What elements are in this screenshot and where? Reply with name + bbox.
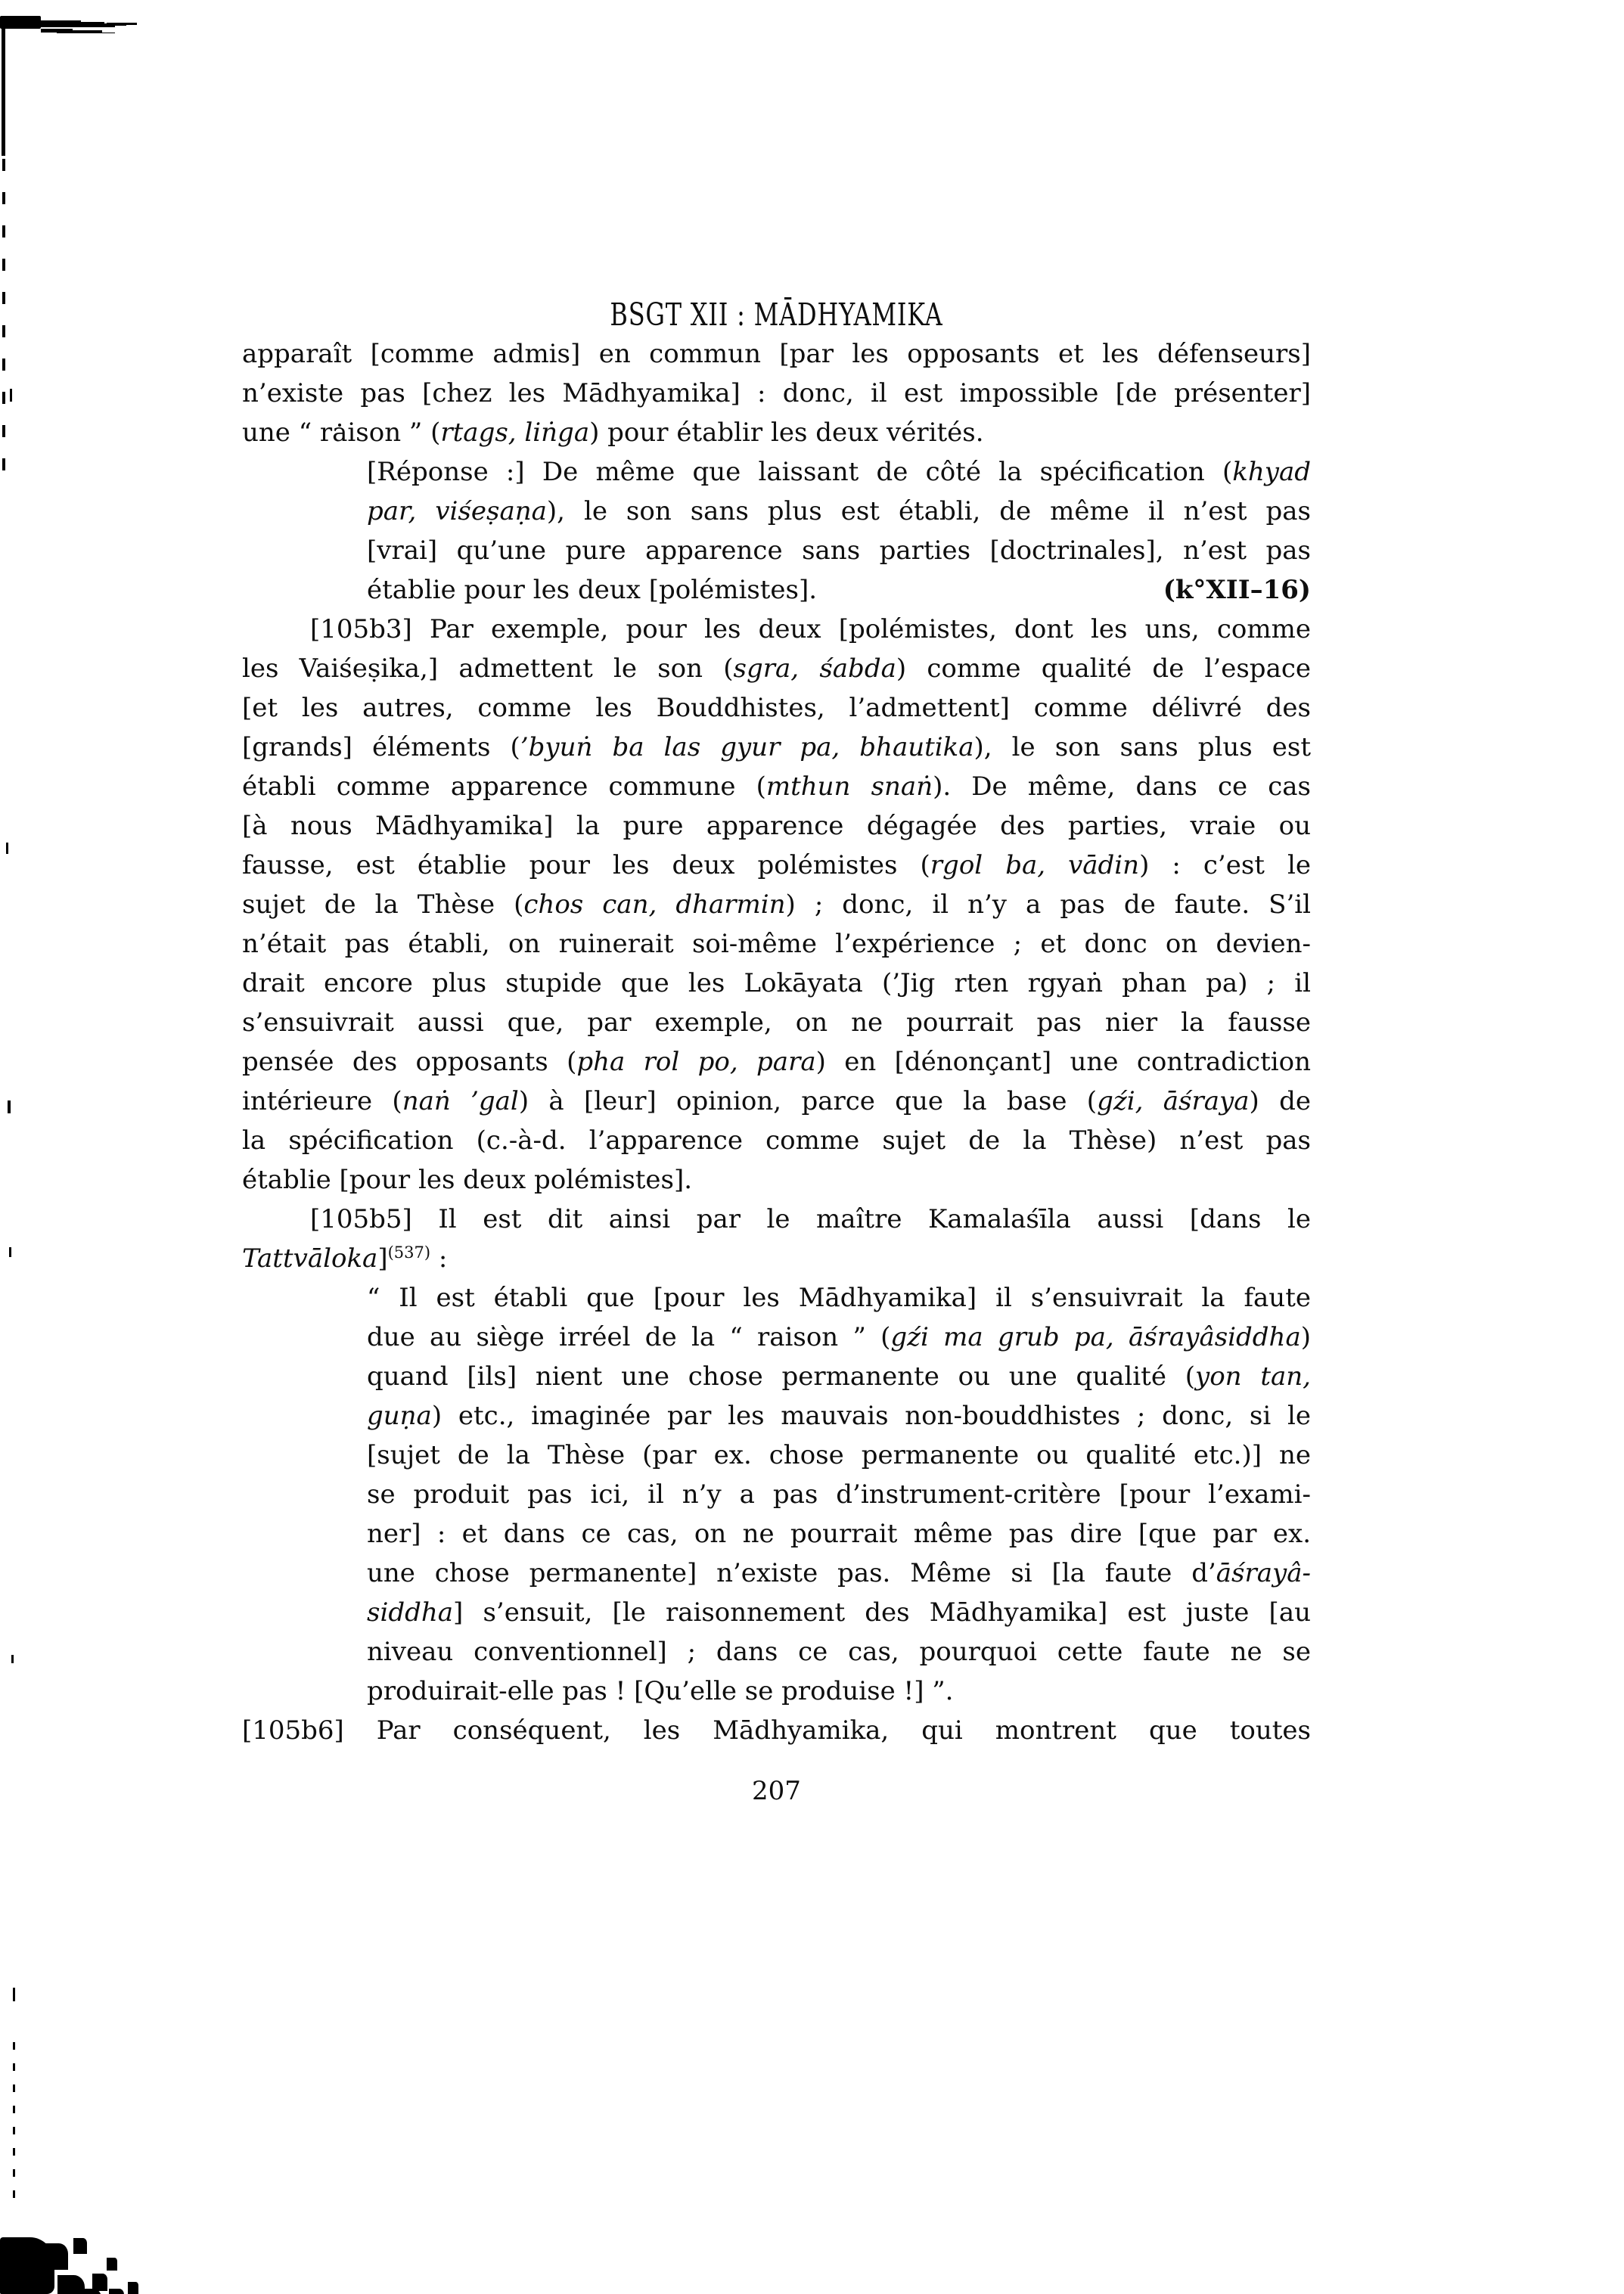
text-line: la spécification (c.-à-d. l’apparence co… — [242, 1121, 1311, 1160]
text-segment: [vrai] qu’une pure apparence sans partie… — [367, 535, 1311, 566]
text-segment: ) comme qualité de l’espace — [896, 653, 1311, 684]
ink-smudge-bottom-left — [0, 2237, 54, 2294]
text-segment: produirait-elle pas ! [Qu’elle se produi… — [367, 1676, 953, 1706]
text-line: pensée des opposants (pha rol po, para) … — [242, 1042, 1311, 1082]
text-line: Tattvāloka](537) : — [242, 1239, 1311, 1278]
text-segment: [grands] éléments ( — [242, 732, 520, 762]
text-segment: ) — [1301, 1322, 1311, 1352]
text-line: drait encore plus stupide que les Lokāya… — [242, 964, 1311, 1003]
italic-term: Tattvāloka — [242, 1243, 377, 1274]
italic-term: khyad — [1232, 457, 1311, 487]
italic-term: siddha — [367, 1597, 453, 1628]
text-line: établi comme apparence commune (mthun sn… — [242, 767, 1311, 806]
text-line: produirait-elle pas ! [Qu’elle se produi… — [367, 1672, 1311, 1711]
quote-closing-text: établie pour les deux [polémistes]. — [367, 570, 817, 610]
italic-term: mthun snaṅ — [766, 771, 933, 802]
italic-term: rtags, liṅga — [440, 418, 589, 448]
text-line: due au siège irréel de la “ raison ” (gź… — [367, 1318, 1311, 1357]
text-segment: ) ; donc, il n’y a pas de faute. S’il — [786, 889, 1312, 920]
italic-term: par, viśeṣaṇa — [367, 496, 547, 526]
paragraph: [105b6] Par conséquent, les Mādhyamika, … — [242, 1711, 1311, 1750]
text-segment: ) : c’est le — [1139, 850, 1311, 880]
text-segment: une “ raison ” ( — [242, 418, 440, 448]
text-line: les Vaiśeṣika,] admettent le son (sgra, … — [242, 649, 1311, 688]
italic-term: gźi ma grub pa, āśrayâsiddha — [890, 1322, 1300, 1352]
text-line: [sujet de la Thèse (par ex. chose perman… — [367, 1436, 1311, 1475]
text-segment: ) etc., imaginée par les mauvais non-bou… — [432, 1401, 1311, 1431]
text-line: sujet de la Thèse (chos can, dharmin) ; … — [242, 885, 1311, 924]
paragraph: [105b3] Par exemple, pour les deux [polé… — [242, 610, 1311, 1200]
page-number: 207 — [242, 1771, 1311, 1811]
binding-edge-line — [2, 16, 5, 156]
text-line: n’existe pas [chez les Mādhyamika] : don… — [242, 374, 1311, 413]
scan-artifact — [10, 389, 12, 402]
text-segment: quand [ils] nient une chose permanente o… — [367, 1361, 1195, 1392]
italic-term: gźi, āśraya — [1097, 1086, 1249, 1116]
text-segment: intérieure ( — [242, 1086, 402, 1116]
text-segment: s’ensuivrait aussi que, par exemple, on … — [242, 1007, 1311, 1038]
text-segment: ) de — [1249, 1086, 1311, 1116]
text-line: [105b3] Par exemple, pour les deux [polé… — [242, 610, 1311, 649]
scan-artifact — [11, 1655, 14, 1663]
text-segment: [105b5] Il est dit ainsi par le maître K… — [310, 1204, 1311, 1234]
text-segment: établie [pour les deux polémistes]. — [242, 1165, 692, 1195]
text-segment: établi comme apparence commune ( — [242, 771, 766, 802]
block-quote: [Réponse :] De même que laissant de côté… — [242, 452, 1311, 610]
italic-term: āśrayâ- — [1216, 1558, 1311, 1588]
text-segment: [Réponse :] De même que laissant de côté… — [367, 457, 1232, 487]
italic-term: chos can, dharmin — [523, 889, 785, 920]
text-segment: [et les autres, comme les Bouddhistes, l… — [242, 693, 1311, 723]
text-segment: niveau conventionnel] ; dans ce cas, pou… — [367, 1637, 1311, 1667]
text-line: ner] : et dans ce cas, on ne pourrait mê… — [367, 1514, 1311, 1554]
text-segment: [à nous Mādhyamika] la pure apparence dé… — [242, 811, 1311, 841]
italic-term: yon tan, — [1195, 1361, 1311, 1392]
text-column: BSGT XII : MĀDHYAMIKA apparaît [comme ad… — [242, 0, 1311, 1811]
block-quote: “ Il est établi que [pour les Mādhyamika… — [242, 1278, 1311, 1711]
text-line: fausse, est établie pour les deux polémi… — [242, 846, 1311, 885]
italic-term: guṇa — [367, 1401, 432, 1431]
scan-artifact — [8, 1100, 11, 1113]
text-segment: “ Il est établi que [pour les Mādhyamika… — [367, 1283, 1311, 1313]
scan-artifact — [6, 843, 8, 854]
text-segment: les Vaiśeṣika,] admettent le son ( — [242, 653, 734, 684]
italic-term: pha rol po, para — [576, 1047, 815, 1077]
scanned-book-page: BSGT XII : MĀDHYAMIKA apparaît [comme ad… — [0, 0, 1624, 2294]
text-line: une chose permanente] n’existe pas. Même… — [367, 1554, 1311, 1593]
text-line: [105b5] Il est dit ainsi par le maître K… — [242, 1200, 1311, 1239]
text-line: [à nous Mādhyamika] la pure apparence dé… — [242, 806, 1311, 846]
text-segment: ] s’ensuit, [le raisonnement des Mādhyam… — [453, 1597, 1311, 1628]
text-segment: due au siège irréel de la “ raison ” ( — [367, 1322, 890, 1352]
text-segment: ) en [dénonçant] une contradiction — [816, 1047, 1311, 1077]
footnote-marker: (537) — [388, 1243, 430, 1262]
text-segment: ), le son sans plus est — [974, 732, 1311, 762]
scan-artifact — [9, 1247, 11, 1257]
text-line: par, viśeṣaṇa), le son sans plus est éta… — [367, 492, 1311, 531]
text-segment: n’existe pas [chez les Mādhyamika] : don… — [242, 378, 1311, 408]
italic-term: ’byuṅ ba las gyur pa, bhautika — [520, 732, 974, 762]
text-segment: : — [430, 1243, 447, 1274]
text-segment: ). De même, dans ce cas — [933, 771, 1311, 802]
binding-edge-dashes — [2, 159, 5, 484]
text-segment: la spécification (c.-à-d. l’apparence co… — [242, 1125, 1311, 1156]
text-line: quand [ils] nient une chose permanente o… — [367, 1357, 1311, 1396]
text-line: une “ raison ” (rtags, liṅga) pour établ… — [242, 413, 1311, 452]
text-line: [et les autres, comme les Bouddhistes, l… — [242, 688, 1311, 728]
text-line: [vrai] qu’une pure apparence sans partie… — [367, 531, 1311, 570]
text-segment: établie pour les deux [polémistes]. — [367, 575, 817, 605]
italic-term: rgol ba, vādin — [930, 850, 1139, 880]
ink-smudge-top-left — [0, 16, 41, 29]
text-segment: ] — [377, 1243, 387, 1274]
italic-term: naṅ ’gal — [402, 1086, 519, 1116]
text-line: apparaît [comme admis] en commun [par le… — [242, 334, 1311, 374]
text-segment: ) pour établir les deux vérités. — [589, 418, 983, 448]
text-segment: fausse, est établie pour les deux polémi… — [242, 850, 930, 880]
text-segment: sujet de la Thèse ( — [242, 889, 523, 920]
verse-reference: (k°XII–16) — [1163, 570, 1311, 610]
text-segment: [sujet de la Thèse (par ex. chose perman… — [367, 1440, 1311, 1470]
text-segment: se produit pas ici, il n’y a pas d’instr… — [367, 1479, 1311, 1510]
body-text: apparaît [comme admis] en commun [par le… — [242, 334, 1311, 1750]
italic-term: sgra, śabda — [734, 653, 896, 684]
text-line: siddha] s’ensuit, [le raisonnement des M… — [367, 1593, 1311, 1632]
text-segment: drait encore plus stupide que les Lokāya… — [242, 968, 1311, 998]
text-segment: pensée des opposants ( — [242, 1047, 576, 1077]
text-line: s’ensuivrait aussi que, par exemple, on … — [242, 1003, 1311, 1042]
paragraph: [105b5] Il est dit ainsi par le maître K… — [242, 1200, 1311, 1278]
text-line: [grands] éléments (’byuṅ ba las gyur pa,… — [242, 728, 1311, 767]
text-line: établie pour les deux [polémistes].(k°XI… — [367, 570, 1311, 610]
text-segment: ), le son sans plus est établi, de même … — [547, 496, 1311, 526]
text-line: “ Il est établi que [pour les Mādhyamika… — [367, 1278, 1311, 1318]
text-segment: apparaît [comme admis] en commun [par le… — [242, 339, 1311, 369]
scan-artifact — [13, 1988, 15, 2001]
scan-artifact — [13, 2042, 15, 2202]
text-segment: une chose permanente] n’existe pas. Même… — [367, 1558, 1216, 1588]
text-segment: ) à [leur] opinion, parce que la base ( — [519, 1086, 1097, 1116]
text-segment: [105b3] Par exemple, pour les deux [polé… — [310, 614, 1311, 644]
text-line: établie [pour les deux polémistes]. — [242, 1160, 1311, 1200]
text-segment: ner] : et dans ce cas, on ne pourrait mê… — [367, 1519, 1311, 1549]
text-line: [Réponse :] De même que laissant de côté… — [367, 452, 1311, 492]
text-segment: [105b6] Par conséquent, les Mādhyamika, … — [242, 1715, 1311, 1746]
text-line: niveau conventionnel] ; dans ce cas, pou… — [367, 1632, 1311, 1672]
text-line: n’était pas établi, on ruinerait soi-mêm… — [242, 924, 1311, 964]
text-line: guṇa) etc., imaginée par les mauvais non… — [367, 1396, 1311, 1436]
paragraph: apparaît [comme admis] en commun [par le… — [242, 334, 1311, 452]
text-segment: n’était pas établi, on ruinerait soi-mêm… — [242, 929, 1311, 959]
running-head: BSGT XII : MĀDHYAMIKA — [359, 295, 1193, 334]
text-line: se produit pas ici, il n’y a pas d’instr… — [367, 1475, 1311, 1514]
text-line: intérieure (naṅ ’gal) à [leur] opinion, … — [242, 1082, 1311, 1121]
text-line: [105b6] Par conséquent, les Mādhyamika, … — [242, 1711, 1311, 1750]
